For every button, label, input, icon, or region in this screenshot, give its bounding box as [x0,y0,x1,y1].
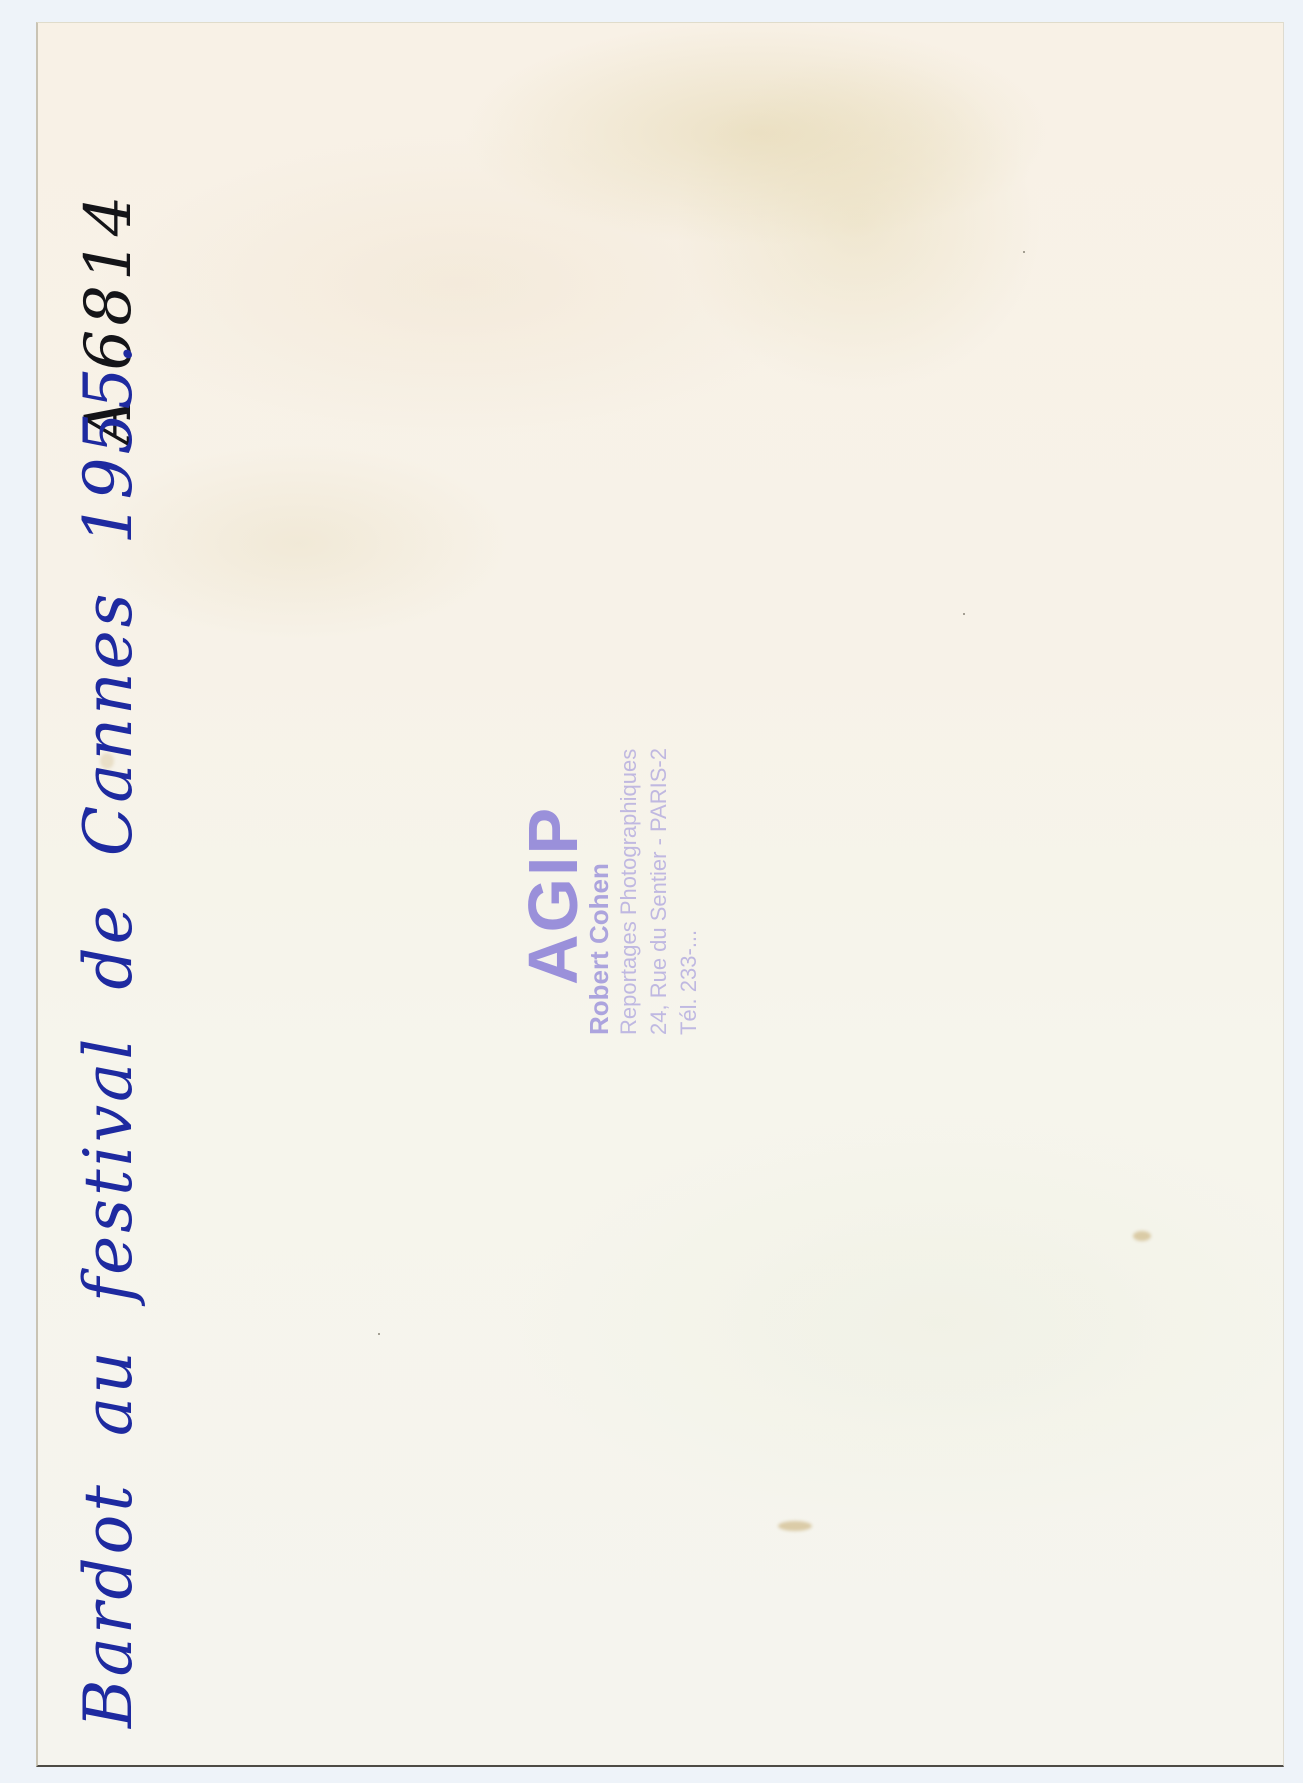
speck [963,613,965,615]
handwritten-caption: Bardot au festival de Cannes 1955. [70,341,147,1728]
age-stain [778,1521,812,1531]
speck [1023,251,1025,253]
stamp-photographer: Robert Cohen [584,748,614,1035]
stamp-agency: AGIP [522,748,584,985]
stamp-phone: Tél. 233-... [674,748,704,1035]
photographer-stamp: AGIP Robert Cohen Reportages Photographi… [522,748,704,1035]
stamp-address: 24, Rue du Sentier - PARIS-2 [644,748,674,1035]
age-stain [1133,1231,1151,1241]
speck [378,1333,380,1335]
stamp-service: Reportages Photographiques [614,748,644,1035]
